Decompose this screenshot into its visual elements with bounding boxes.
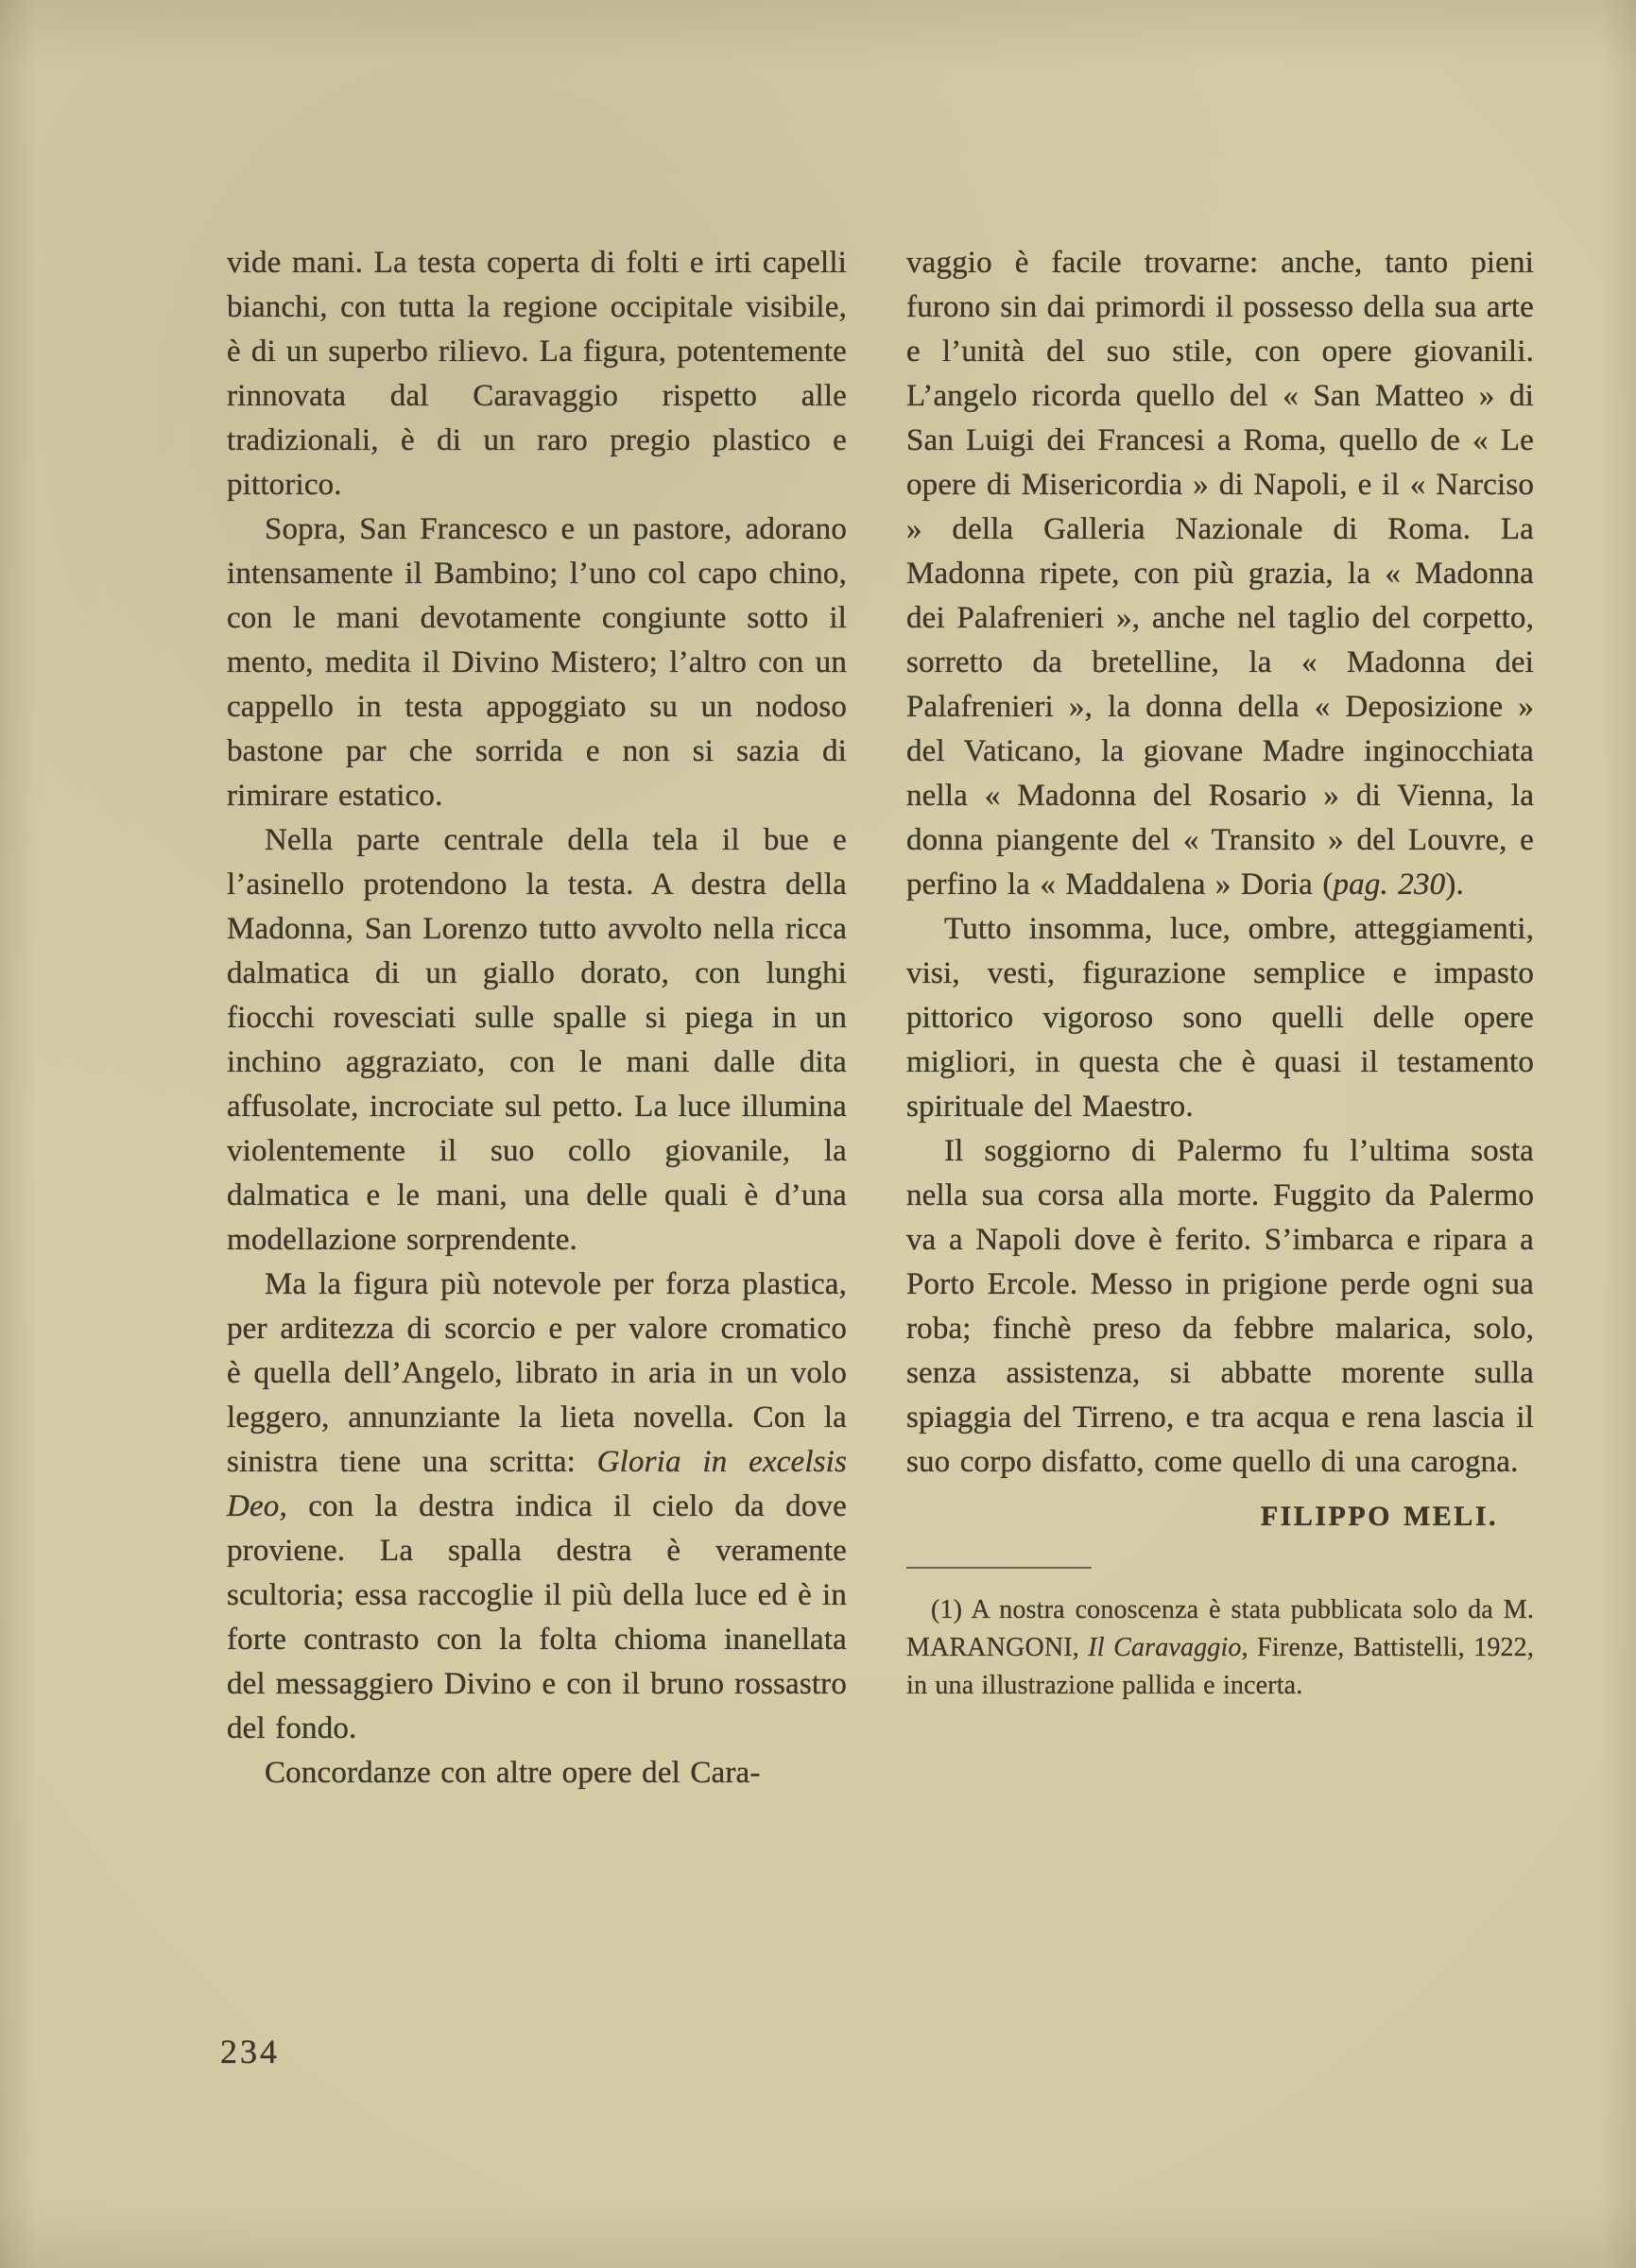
paragraph: Ma la figura più notevole per forza plas…	[227, 1263, 847, 1751]
paragraph: Tutto insomma, luce, ombre, atteggiament…	[906, 907, 1534, 1129]
author-signature: FILIPPO MELI.	[906, 1494, 1534, 1538]
text-run: Concordanze con altre opere del Cara-	[265, 1756, 761, 1790]
left-text-column: vide mani. La testa coperta di folti e i…	[227, 241, 847, 1795]
paragraph: Nella parte centrale della tela il bue e…	[227, 818, 847, 1263]
text-run: vide mani. La testa coperta di folti e i…	[227, 246, 847, 502]
footnote-divider	[906, 1567, 1092, 1569]
text-run: Nella parte centrale della tela il bue e…	[227, 823, 847, 1257]
paragraph: vaggio è facile trovarne: anche, tanto p…	[906, 241, 1534, 907]
text-run: vaggio è facile trovarne: anche, tanto p…	[906, 246, 1534, 902]
italic-text-run: pag. 230	[1334, 868, 1446, 902]
text-run: Sopra, San Francesco e un pastore, adora…	[227, 512, 847, 813]
right-text-column: vaggio è facile trovarne: anche, tanto p…	[906, 241, 1534, 1705]
footnote: (1) A nostra conoscenza è stata pubblica…	[906, 1591, 1534, 1705]
right-column-paragraphs: vaggio è facile trovarne: anche, tanto p…	[906, 241, 1534, 1485]
italic-text-run: Il Caravaggio	[1088, 1633, 1241, 1662]
paragraph: Il soggiorno di Palermo fu l’ultima sost…	[906, 1129, 1534, 1485]
paragraph: vide mani. La testa coperta di folti e i…	[227, 241, 847, 507]
paragraph: Sopra, San Francesco e un pastore, adora…	[227, 507, 847, 818]
text-run: Il soggiorno di Palermo fu l’ultima sost…	[906, 1134, 1534, 1479]
text-run: con la destra indica il cielo da dove pr…	[227, 1489, 847, 1745]
page-number: 234	[220, 2032, 280, 2071]
text-run: ).	[1445, 868, 1464, 902]
scanned-book-page: vide mani. La testa coperta di folti e i…	[0, 0, 1636, 2268]
paragraph: Concordanze con altre opere del Cara-	[227, 1751, 847, 1795]
text-run: Tutto insomma, luce, ombre, atteggiament…	[906, 912, 1534, 1124]
